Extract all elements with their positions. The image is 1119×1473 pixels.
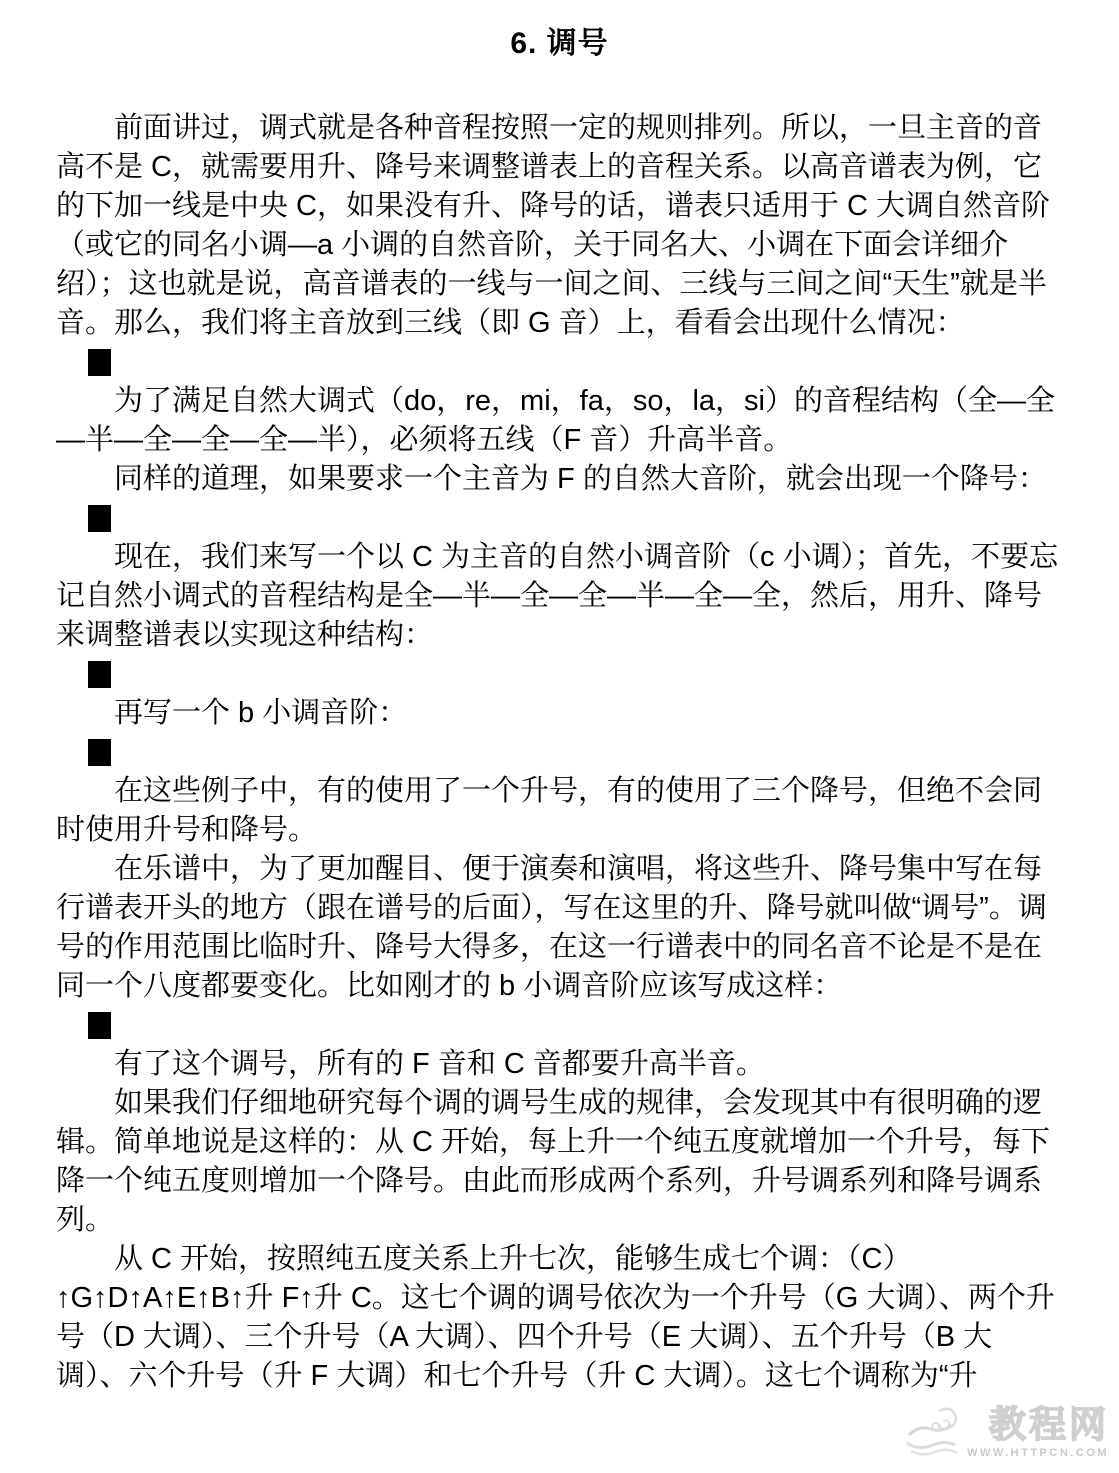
watermark-site-name: 教程网	[989, 1405, 1109, 1446]
image-placeholder-row	[56, 499, 1063, 538]
image-placeholder-row	[56, 1006, 1063, 1045]
watermark: 教程网 WWW.HTTPCN.COM	[903, 1401, 1109, 1459]
image-placeholder-row	[56, 343, 1063, 382]
page-title: 6. 调号	[56, 26, 1063, 62]
image-placeholder	[88, 661, 111, 688]
watermark-site-url: WWW.HTTPCN.COM	[967, 1447, 1109, 1459]
paragraph: 在这些例子中，有的使用了一个升号，有的使用了三个降号，但绝不会同时使用升号和降号…	[56, 772, 1063, 850]
image-placeholder	[88, 349, 111, 376]
image-placeholder-row	[56, 733, 1063, 772]
paragraph: 再写一个 b 小调音阶：	[56, 694, 1063, 733]
paragraph: 前面讲过，调式就是各种音程按照一定的规则排列。所以，一旦主音的音高不是 C，就需…	[56, 109, 1063, 343]
paragraph: 在乐谱中，为了更加醒目、便于演奏和演唱，将这些升、降号集中写在每行谱表开头的地方…	[56, 850, 1063, 1006]
image-placeholder	[88, 505, 111, 532]
paragraph: 从 C 开始，按照纯五度关系上升七次，能够生成七个调：（C）↑G↑D↑A↑E↑B…	[56, 1240, 1063, 1396]
image-placeholder-row	[56, 655, 1063, 694]
image-placeholder	[88, 1012, 111, 1039]
document-page: 6. 调号 前面讲过，调式就是各种音程按照一定的规则排列。所以，一旦主音的音高不…	[56, 26, 1063, 1396]
paragraph: 同样的道理，如果要求一个主音为 F 的自然大音阶，就会出现一个降号：	[56, 460, 1063, 499]
image-placeholder	[88, 739, 111, 766]
paragraph: 为了满足自然大调式（do，re，mi，fa，so，la，si）的音程结构（全—全…	[56, 382, 1063, 460]
paragraph: 有了这个调号，所有的 F 音和 C 音都要升高半音。	[56, 1045, 1063, 1084]
paragraph: 如果我们仔细地研究每个调的调号生成的规律，会发现其中有很明确的逻辑。简单地说是这…	[56, 1084, 1063, 1240]
document-content: 前面讲过，调式就是各种音程按照一定的规则排列。所以，一旦主音的音高不是 C，就需…	[56, 109, 1063, 1396]
watermark-logo-icon	[903, 1401, 967, 1459]
paragraph: 现在，我们来写一个以 C 为主音的自然小调音阶（c 小调）；首先，不要忘记自然小…	[56, 538, 1063, 655]
